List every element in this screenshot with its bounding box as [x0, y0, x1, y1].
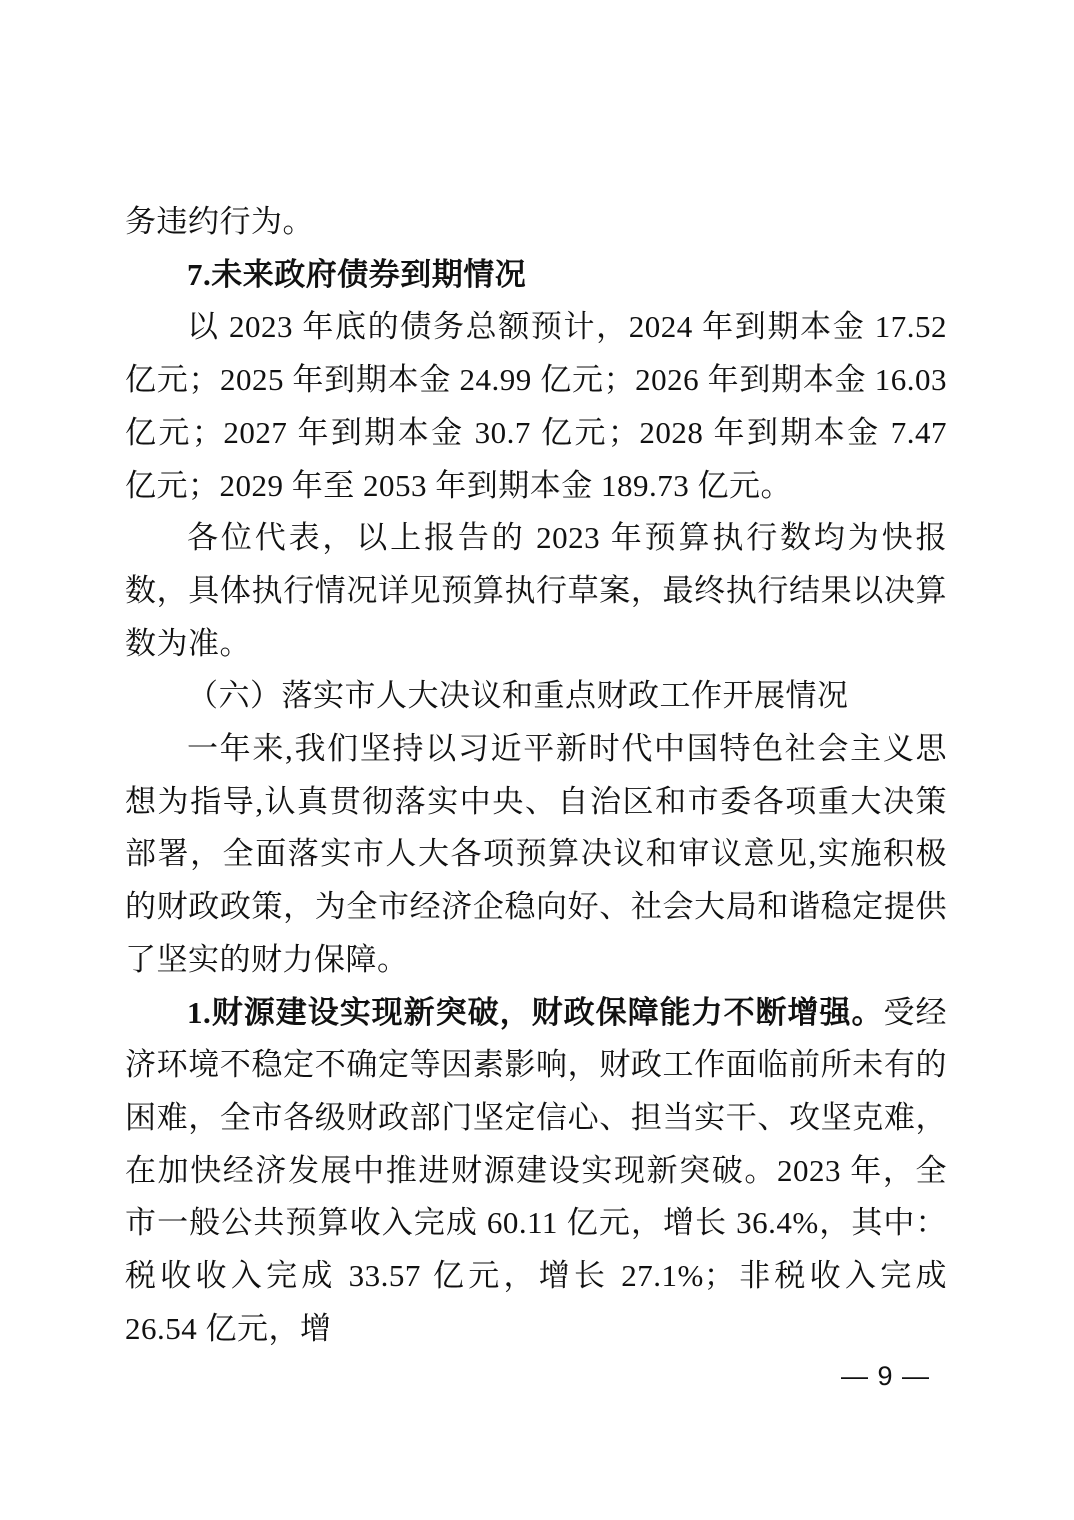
paragraph-guiding-thought: 一年来,我们坚持以习近平新时代中国特色社会主义思想为指导,认真贯彻落实中央、自治…: [125, 723, 947, 987]
heading-section-six: （六）落实市人大决议和重点财政工作开展情况: [125, 670, 947, 723]
page-number: — 9 —: [841, 1356, 930, 1396]
paragraph-finance-body: 受经济环境不稳定不确定等因素影响，财政工作面临前所未有的困难，全市各级财政部门坚…: [125, 995, 947, 1346]
document-body: 务违约行为。 7.未来政府债券到期情况 以 2023 年底的债务总额预计，202…: [125, 196, 947, 1355]
paragraph-continuation: 务违约行为。: [125, 196, 947, 249]
document-page: 务违约行为。 7.未来政府债券到期情况 以 2023 年底的债务总额预计，202…: [0, 0, 1074, 1520]
heading-bond-maturity: 7.未来政府债券到期情况: [125, 249, 947, 302]
paragraph-finance-achievements: 1.财源建设实现新突破，财政保障能力不断增强。受经济环境不稳定不确定等因素影响，…: [125, 987, 947, 1356]
paragraph-delegates: 各位代表，以上报告的 2023 年预算执行数均为快报数，具体执行情况详见预算执行…: [125, 512, 947, 670]
paragraph-bond-maturity: 以 2023 年底的债务总额预计，2024 年到期本金 17.52 亿元；202…: [125, 301, 947, 512]
paragraph-finance-lead: 1.财源建设实现新突破，财政保障能力不断增强。: [187, 995, 884, 1030]
